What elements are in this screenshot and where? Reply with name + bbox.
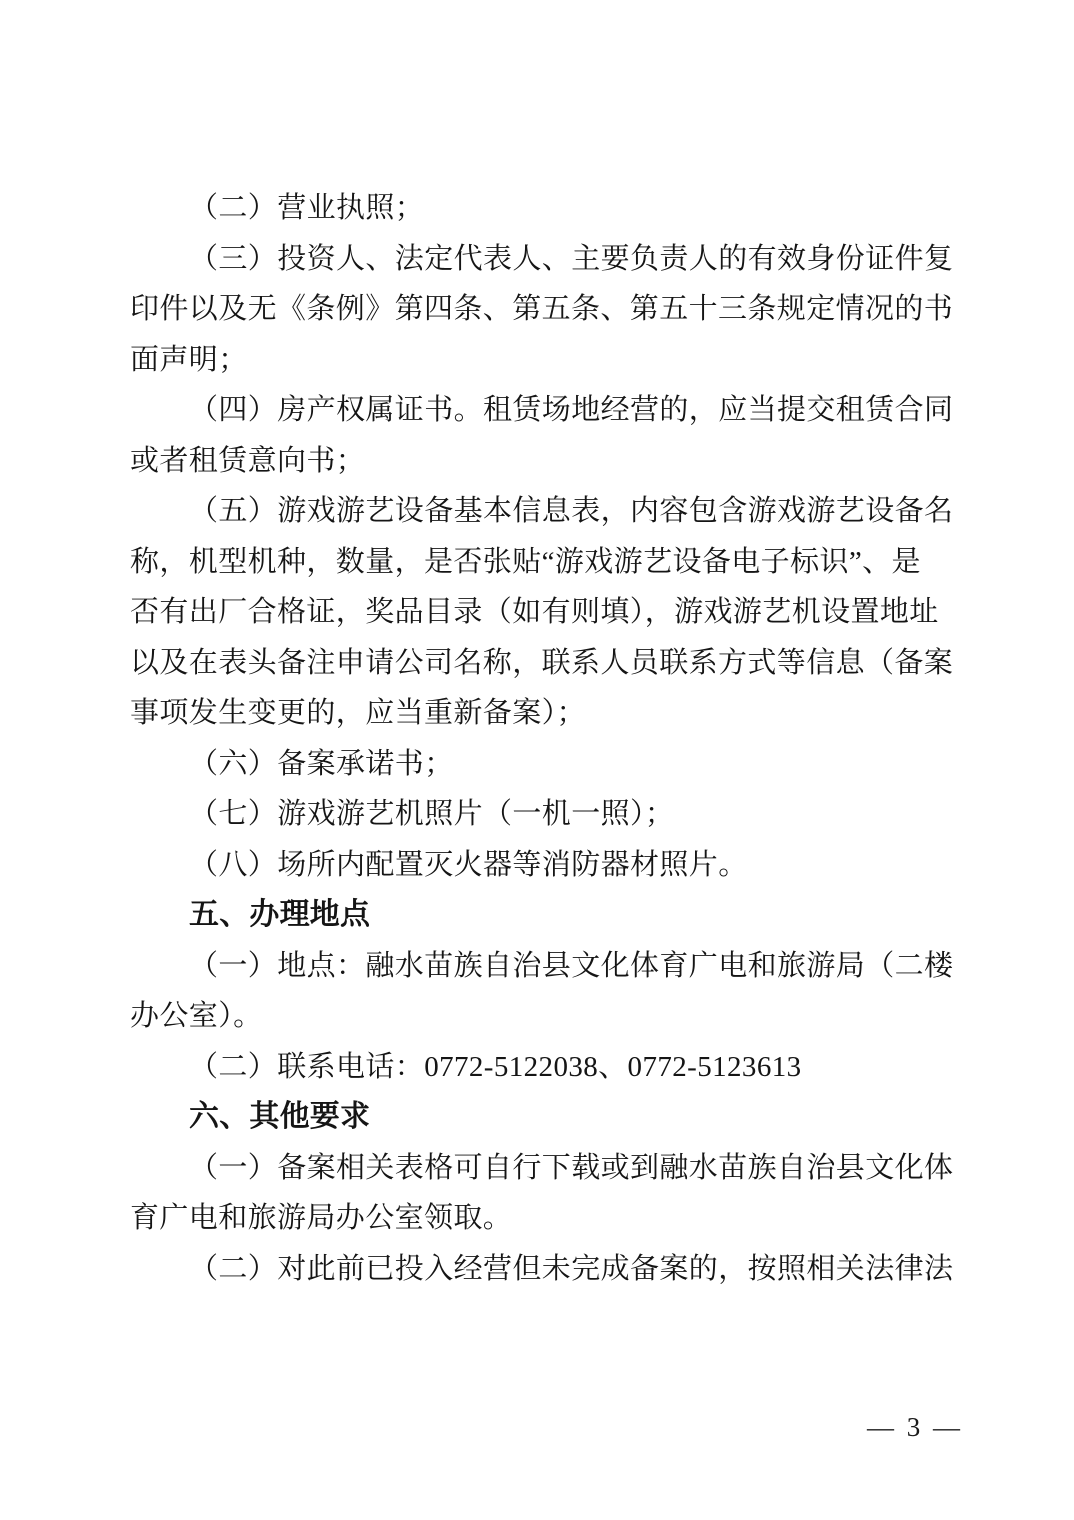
text-line: 面声明； (130, 335, 958, 386)
text-line: （三）投资人、法定代表人、主要负责人的有效身份证件复 (130, 234, 958, 285)
text-line: 印件以及无《条例》第四条、第五条、第五十三条规定情况的书 (130, 284, 958, 335)
text-line: 事项发生变更的，应当重新备案）； (130, 688, 958, 739)
text-line: （二）对此前已投入经营但未完成备案的，按照相关法律法 (130, 1244, 958, 1295)
document-page: （二）营业执照；（三）投资人、法定代表人、主要负责人的有效身份证件复印件以及无《… (0, 0, 1074, 1520)
text-line: （一）备案相关表格可自行下载或到融水苗族自治县文化体 (130, 1143, 958, 1194)
text-line: （二）营业执照； (130, 183, 958, 234)
text-line: （八）场所内配置灭火器等消防器材照片。 (130, 840, 958, 891)
text-line: 或者租赁意向书； (130, 436, 958, 487)
text-line: （一）地点：融水苗族自治县文化体育广电和旅游局（二楼 (130, 941, 958, 992)
text-line: （二）联系电话：0772-5122038、0772-5123613 (130, 1042, 958, 1093)
text-line: （六）备案承诺书； (130, 739, 958, 790)
text-line: （七）游戏游艺机照片（一机一照）； (130, 789, 958, 840)
text-line: （四）房产权属证书。租赁场地经营的，应当提交租赁合同 (130, 385, 958, 436)
text-line: 育广电和旅游局办公室领取。 (130, 1193, 958, 1244)
text-line: （五）游戏游艺设备基本信息表，内容包含游戏游艺设备名 (130, 486, 958, 537)
text-line: 办公室）。 (130, 991, 958, 1042)
text-line: 称，机型机种，数量，是否张贴“游戏游艺设备电子标识”、是 (130, 537, 958, 588)
section-heading: 六、其他要求 (130, 1092, 958, 1143)
page-number: — 3 — (835, 1407, 995, 1447)
section-heading: 五、办理地点 (130, 890, 958, 941)
document-body: （二）营业执照；（三）投资人、法定代表人、主要负责人的有效身份证件复印件以及无《… (130, 183, 958, 1294)
text-line: 否有出厂合格证，奖品目录（如有则填），游戏游艺机设置地址 (130, 587, 958, 638)
text-line: 以及在表头备注申请公司名称，联系人员联系方式等信息（备案 (130, 638, 958, 689)
